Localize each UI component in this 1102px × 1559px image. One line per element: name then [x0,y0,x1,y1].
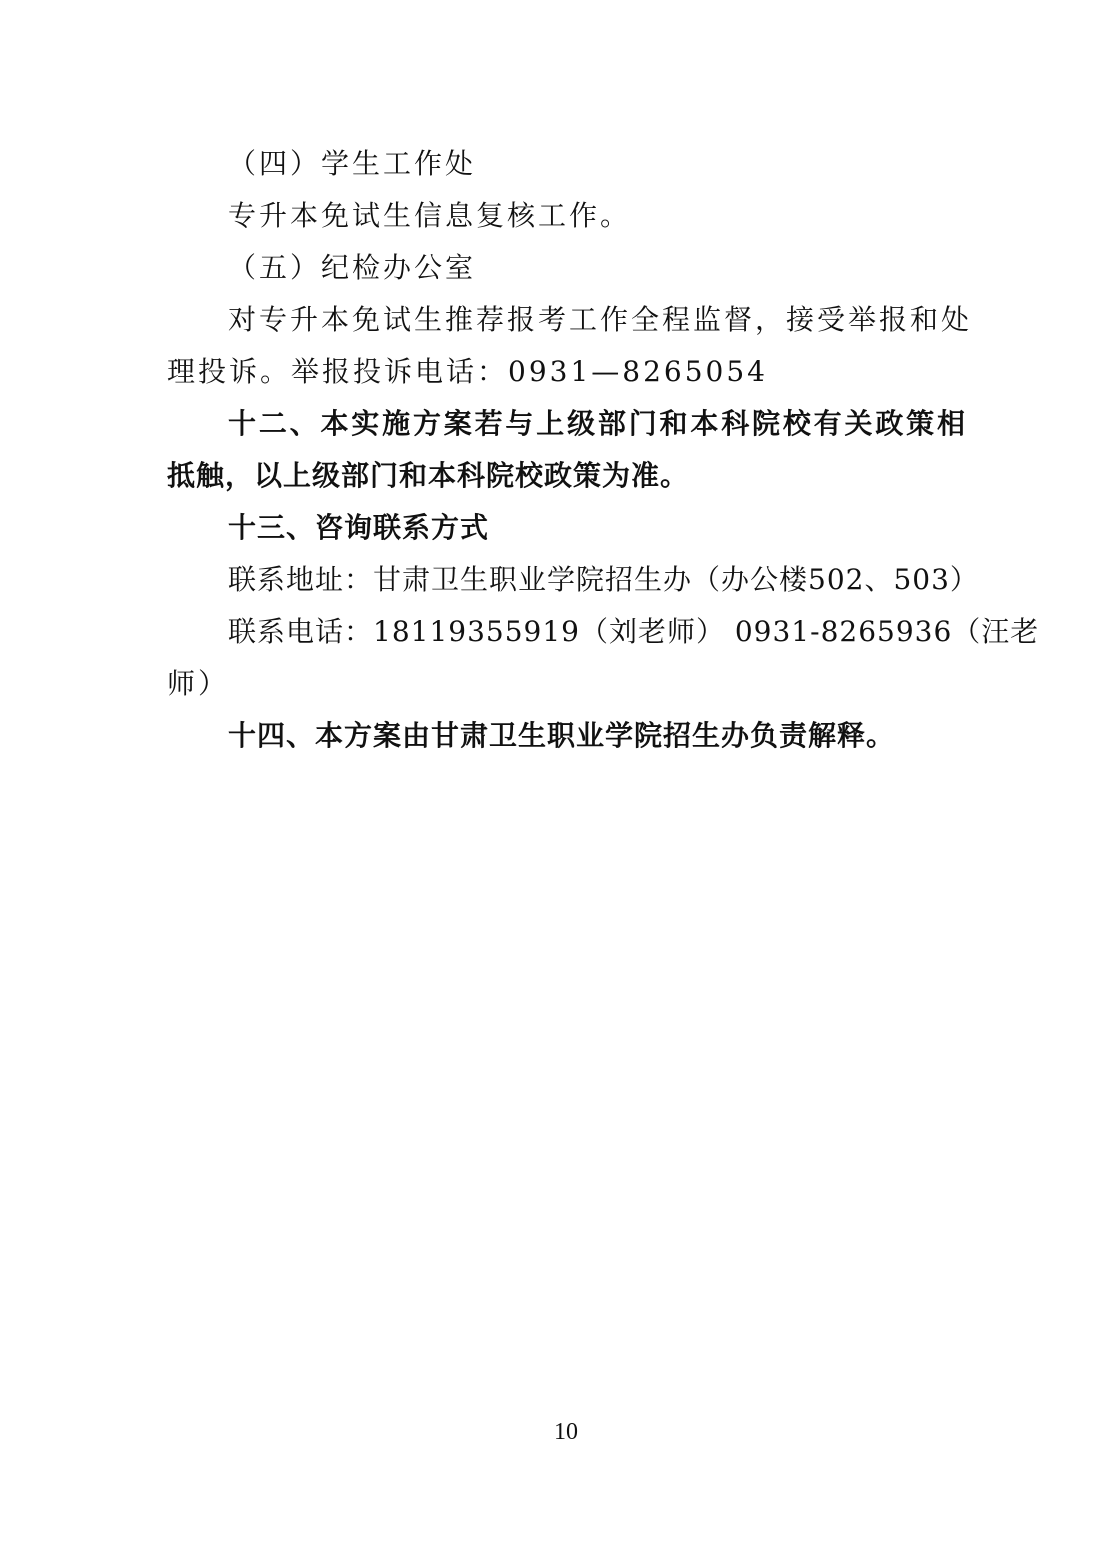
subsection-heading-discipline-office: （五）纪检办公室 [228,250,1028,286]
contact-phone-line1: 联系电话：18119355919（刘老师） 0931-8265936（汪老 [228,614,966,650]
contact-phone-line2: 师） [167,666,967,702]
document-page: （四）学生工作处 专升本免试生信息复核工作。 （五）纪检办公室 对专升本免试生推… [0,0,1102,1559]
section-12-line1: 十二、本实施方案若与上级部门和本科院校有关政策相 [228,406,966,442]
subsection-heading-student-affairs: （四）学生工作处 [228,146,1028,182]
contact-address: 联系地址：甘肃卫生职业学院招生办（办公楼502、503） [228,562,966,598]
paragraph-student-affairs-duty: 专升本免试生信息复核工作。 [228,198,1028,234]
section-13-heading: 十三、咨询联系方式 [228,510,1028,546]
paragraph-discipline-duty-line1: 对专升本免试生推荐报考工作全程监督，接受举报和处 [228,302,966,338]
section-12-line2: 抵触，以上级部门和本科院校政策为准。 [167,458,967,494]
paragraph-discipline-duty-line2: 理投诉。举报投诉电话：0931—8265054 [167,354,967,390]
page-number: 10 [0,1418,1102,1446]
section-14: 十四、本方案由甘肃卫生职业学院招生办负责解释。 [228,718,1028,754]
